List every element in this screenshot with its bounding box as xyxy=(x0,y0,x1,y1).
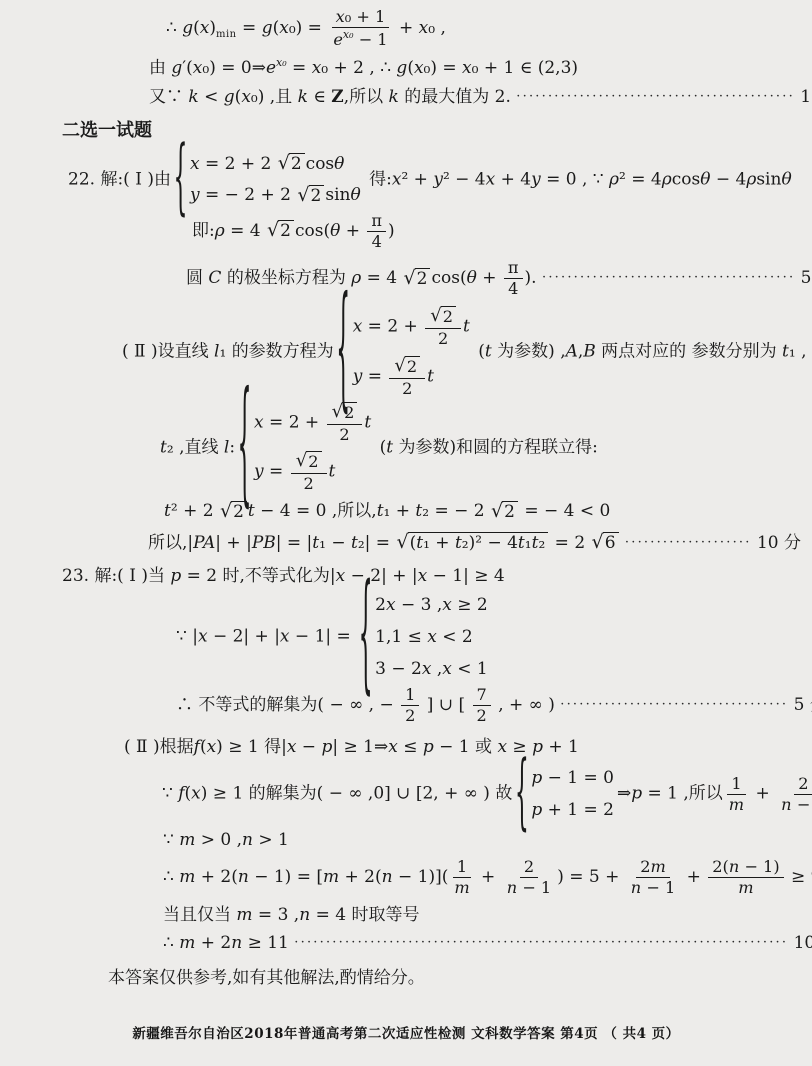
text-run: 1 xyxy=(457,857,467,876)
math-variable: m xyxy=(179,867,195,887)
text-run: − 1) = [ xyxy=(249,867,323,887)
text-run: 2 xyxy=(504,502,515,522)
q22-line-l-substitution: t₂ ,直线 l:{x = 2 + √22ty = √22t (t 为参数)和圆… xyxy=(160,402,812,494)
math-variable: n xyxy=(299,905,310,925)
text-run: ² − 4 xyxy=(443,169,486,189)
text-run: 5 分 xyxy=(795,268,812,288)
text-run: − 2| + | xyxy=(208,627,280,647)
math-variable: m xyxy=(454,878,469,897)
q22-part2-line-l1-parametric: ( Ⅱ )设直线 l₁ 的参数方程为{x = 2 + √22ty = √22t … xyxy=(122,306,812,398)
square-root: √(t₁ + t₂)² − 4t₁t₂ xyxy=(396,532,548,554)
math-variable: PA xyxy=(193,533,215,553)
text-run: + 2( xyxy=(339,867,382,887)
math-variable: x xyxy=(200,18,210,38)
fraction-numerator: √2 xyxy=(425,306,461,329)
fraction-numerator: 2(n − 1) xyxy=(708,858,783,878)
text-run: ( xyxy=(374,437,386,457)
math-variable: k xyxy=(389,87,399,107)
math-variable: ρ xyxy=(215,221,225,241)
math-variable: m xyxy=(650,857,665,876)
text-run: − 1| ≥ 4 xyxy=(427,566,504,586)
left-brace: { xyxy=(515,787,528,802)
math-variable: p xyxy=(631,784,642,804)
fraction: √22 xyxy=(389,356,425,398)
fraction-numerator: √2 xyxy=(291,451,327,474)
radicand: 2 xyxy=(278,220,294,242)
text-run: + 1 xyxy=(543,737,579,757)
text-run: + xyxy=(340,221,365,241)
note-reference-only: 本答案仅供参考,如有其他解法,酌情给分。 xyxy=(108,966,812,991)
fraction-denominator: 4 xyxy=(504,279,522,298)
q23-part2-fx: ( Ⅱ )根据f(x) ≥ 1 得|x − p| ≥ 1⇒x ≤ p − 1 或… xyxy=(124,735,812,760)
text-run: = 4 时取等号 xyxy=(310,905,419,925)
math-variable: x xyxy=(418,566,428,586)
math-variable: y xyxy=(433,169,443,189)
math-variable: x xyxy=(392,169,402,189)
fraction-denominator: n − 1 xyxy=(627,878,679,897)
text-run: 的极坐标方程为 xyxy=(221,268,351,288)
text-run: ₂ xyxy=(538,533,545,553)
text-run: ₁ − xyxy=(319,533,351,553)
text-run: = 2 + 2 xyxy=(200,154,277,174)
math-variable: x xyxy=(414,58,424,78)
text-run: − 4 xyxy=(710,169,746,189)
q23-part1-inequality: 23. 解:( Ⅰ )当 p = 2 时,不等式化为|x − 2| + |x −… xyxy=(62,564,812,589)
square-root: √2 xyxy=(278,153,305,175)
math-variable: ρ xyxy=(609,169,619,189)
text-run: 2 xyxy=(308,452,318,471)
text-run: ≥ 2 xyxy=(452,595,488,615)
radicand: (t₁ + t₂)² − 4t₁t₂ xyxy=(408,532,549,554)
text-run: − 1 xyxy=(792,795,812,814)
math-variable: t xyxy=(164,501,171,521)
left-brace: { xyxy=(174,172,187,187)
text-run: ₂ = − 2 xyxy=(422,501,490,521)
math-variable: n xyxy=(781,795,791,814)
text-run: ∵ xyxy=(162,784,178,804)
text-run: + 2( xyxy=(195,867,238,887)
math-variable: x xyxy=(386,595,396,615)
math-variable: t xyxy=(329,462,336,482)
dotted-leader: ········································… xyxy=(516,89,795,104)
math-variable: n xyxy=(231,933,242,953)
text-run: cos xyxy=(672,169,700,189)
text-run: − 1 或 xyxy=(434,737,498,757)
dotted-leader: ········································… xyxy=(294,935,788,950)
math-variable: t xyxy=(377,501,384,521)
math-variable: x xyxy=(287,737,297,757)
square-root: √2 xyxy=(296,451,322,472)
math-variable: p xyxy=(531,800,542,820)
brace-glyph: { xyxy=(515,766,529,822)
text-run: 2 xyxy=(640,857,650,876)
text-run: ₁ xyxy=(525,533,532,553)
math-variable: y xyxy=(353,366,363,386)
fraction-denominator: 4 xyxy=(368,232,386,251)
math-variable: n xyxy=(507,878,517,897)
math-variable: t xyxy=(364,412,371,432)
radicand: 2 xyxy=(289,153,305,175)
math-variable: k xyxy=(188,87,198,107)
text-run: = 2 + xyxy=(264,412,325,432)
math-variable: t xyxy=(518,533,525,553)
math-variable: x xyxy=(279,18,289,38)
text-run: ₀ + 1 ∈ (2,3) xyxy=(472,58,578,78)
text-run: 10 分 xyxy=(752,533,801,553)
fraction: π4 xyxy=(504,259,523,298)
fraction-numerator: π xyxy=(504,259,523,279)
math-variable: x xyxy=(254,412,264,432)
text-run: | + | xyxy=(215,533,252,553)
math-variable: e xyxy=(333,30,343,49)
q23-solution-set: ∴ 不等式的解集为( − ∞ , − 12 ] ∪ [ 72 , + ∞ ) ·… xyxy=(176,686,812,725)
dotted-leader: ···································· xyxy=(560,697,788,712)
cases-row: p + 1 = 2 xyxy=(531,798,614,823)
text-run: 2( xyxy=(712,857,729,876)
text-run: = 3 , xyxy=(253,905,300,925)
math-variable: m xyxy=(729,795,744,814)
fraction-numerator: 2 xyxy=(520,858,538,878)
document-content: ∴ g(x)min = g(x₀) = x₀ + 1ex₀ − 1 + x₀ ,… xyxy=(0,0,812,991)
text-run: ∴ xyxy=(166,18,182,38)
text-run: cos xyxy=(306,154,334,174)
text-run: = 1 ,所以 xyxy=(642,784,723,804)
text-run: 二选一试题 xyxy=(62,120,152,141)
radicand: 2 xyxy=(502,501,518,523)
text-run: sin xyxy=(325,185,350,205)
math-variable: m xyxy=(323,867,339,887)
math-variable: t xyxy=(427,366,434,386)
cases-row: 1,1 ≤ x < 2 xyxy=(375,625,473,650)
radicand: 2 xyxy=(306,451,321,472)
text-run: ∴ xyxy=(163,867,179,887)
text-run: 圆 xyxy=(186,268,208,288)
fraction-denominator: n − 1 xyxy=(777,795,812,814)
text-run: = 4 xyxy=(361,268,402,288)
text-run: , + ∞ ) xyxy=(493,695,560,715)
text-run: 的最大值为 2. xyxy=(399,87,516,107)
fraction: π4 xyxy=(367,212,386,251)
text-run: = xyxy=(264,462,289,482)
text-run: cos( xyxy=(431,268,466,288)
brace-glyph: { xyxy=(359,593,373,681)
text-run: 又∵ xyxy=(149,87,188,107)
text-run: ₀ , xyxy=(428,18,446,38)
text-run: ] ∪ [ xyxy=(421,695,470,715)
math-variable: x xyxy=(190,154,200,174)
text-run: | ≥ 1⇒ xyxy=(332,737,388,757)
cases-row: 2x − 3 ,x ≥ 2 xyxy=(375,593,488,618)
math-variable: x xyxy=(353,317,363,337)
fraction-denominator: m xyxy=(734,878,757,897)
q22-polar-simplified: 即:ρ = 4 √2cos(θ + π4) xyxy=(192,212,812,251)
left-brace: { xyxy=(238,440,251,455)
math-variable: θ xyxy=(781,169,791,189)
math-variable: p xyxy=(423,737,434,757)
math-variable: B xyxy=(583,342,596,362)
math-variable: θ xyxy=(700,169,710,189)
text-run: ₀) = xyxy=(289,18,328,38)
fraction-numerator: 1 xyxy=(401,686,419,706)
dotted-leader: ···················· xyxy=(625,535,752,550)
text-run: 2 xyxy=(311,186,322,206)
text-run: sin xyxy=(756,169,781,189)
q23-mn-conditions: ∵ m > 0 ,n > 1 xyxy=(163,828,812,853)
cases-row: x = 2 + √22t xyxy=(353,306,470,348)
text-run: ( xyxy=(193,18,200,38)
math-variable: g xyxy=(171,58,182,78)
text-run: 4 xyxy=(372,232,382,251)
fraction: 2n − 1 xyxy=(777,775,812,814)
text-run: ₁ 的参数方程为 xyxy=(219,342,333,362)
math-variable: n xyxy=(729,857,739,876)
text-run: − xyxy=(296,737,321,757)
text-run: ₀) = xyxy=(424,58,463,78)
math-variable: x xyxy=(198,627,208,647)
math-variable: x xyxy=(336,7,345,26)
math-variable: x xyxy=(442,595,452,615)
cases-rows: x = 2 + 2 √2cosθy = − 2 + 2 √2sinθ xyxy=(187,152,361,208)
fraction-denominator: 2 xyxy=(434,329,452,348)
math-variable: θ xyxy=(334,154,344,174)
fraction-denominator: 2 xyxy=(398,379,416,398)
text-run: = xyxy=(287,58,312,78)
text-run: + 2 xyxy=(195,933,231,953)
math-variable: θ xyxy=(467,268,477,288)
text-run: − 1| = xyxy=(290,627,357,647)
bold-symbol: Z xyxy=(331,87,343,107)
text-run: : xyxy=(229,437,235,457)
text-run: ( xyxy=(200,737,207,757)
fraction-denominator: 2 xyxy=(401,706,419,725)
text-run: ∵ xyxy=(163,830,179,850)
fraction-denominator: 2 xyxy=(473,706,491,725)
math-variable: t xyxy=(463,317,470,337)
math-variable: p xyxy=(532,737,543,757)
q22-polar-answer: 圆 C 的极坐标方程为 ρ = 4 √2cos(θ + π4). ·······… xyxy=(186,259,812,298)
text-run: | = | xyxy=(276,533,313,553)
cases-rows: x = 2 + √22ty = √22t xyxy=(251,402,371,494)
fraction: 1m xyxy=(450,858,473,897)
math-variable: x xyxy=(419,18,429,38)
fraction: 2(n − 1)m xyxy=(708,858,783,897)
math-variable: m xyxy=(179,830,195,850)
math-variable: n xyxy=(631,878,641,897)
text-run: 为参数)和圆的方程联立得: xyxy=(393,437,598,457)
square-root: √2 xyxy=(491,501,518,523)
math-variable: x xyxy=(422,659,432,679)
cases-group: {x = 2 + √22ty = √22t xyxy=(238,402,371,494)
left-brace: { xyxy=(359,630,372,645)
text-run: 5 分 xyxy=(788,695,812,715)
text-run: < 2 xyxy=(437,627,473,647)
fraction: 72 xyxy=(473,686,491,725)
text-run: > 1 xyxy=(253,830,289,850)
cases-rows: 2x − 3 ,x ≥ 21,1 ≤ x < 23 − 2x ,x < 1 xyxy=(372,593,488,681)
fraction: 2mn − 1 xyxy=(627,858,679,897)
text-run: 2 xyxy=(798,774,808,793)
text-run: − 4 = 0 ,所以, xyxy=(255,501,377,521)
math-variable: x xyxy=(191,784,201,804)
text-run: 2 xyxy=(303,474,313,493)
text-run: + xyxy=(394,18,419,38)
math-variable: k xyxy=(298,87,308,107)
text-run: 10 分 xyxy=(788,933,812,953)
math-variable: t xyxy=(351,533,358,553)
fraction-numerator: 1 xyxy=(453,858,471,878)
fraction: 1m xyxy=(725,775,748,814)
text-run: 4 xyxy=(508,279,518,298)
text-run: 22. 解:( Ⅰ )由 xyxy=(68,169,171,189)
fraction: √22 xyxy=(291,451,327,493)
brace-glyph: { xyxy=(173,152,187,208)
math-variable: x xyxy=(193,58,203,78)
fraction-denominator: m xyxy=(725,795,748,814)
text-run: = − 2 + 2 xyxy=(200,185,297,205)
cases-row: x = 2 + 2 √2cosθ xyxy=(190,152,344,177)
text-run: 为参数) , xyxy=(492,342,566,362)
text-run: 12 分 xyxy=(795,87,812,107)
fraction-numerator: 2 xyxy=(794,775,812,795)
math-variable: A xyxy=(566,342,578,362)
text-run: π xyxy=(508,258,519,277)
k-max-conclusion: 又∵ k < g(x₀) ,且 k ∈ Z,所以 k 的最大值为 2. ····… xyxy=(149,85,812,110)
radicand: 2 xyxy=(405,356,420,377)
text-run: 即: xyxy=(192,221,215,241)
text-run: 2 xyxy=(524,857,534,876)
square-root: √2 xyxy=(394,356,420,377)
text-run: ² + 2 xyxy=(171,501,219,521)
fraction-numerator: √2 xyxy=(389,356,425,379)
text-run: + 1 = 2 xyxy=(542,800,614,820)
g-derivative-line: 由 g′(x₀) = 0⇒ex₀ = x₀ + 2 , ∴ g(x₀) = x₀… xyxy=(149,55,812,81)
math-variable: n xyxy=(242,830,253,850)
text-run: ) ≥ 1 得| xyxy=(216,737,287,757)
text-run: ₁ , xyxy=(789,342,807,362)
text-run: 本答案仅供参考,如有其他解法,酌情给分。 xyxy=(108,968,425,988)
fraction-numerator: 7 xyxy=(473,686,491,706)
math-variable: p xyxy=(170,566,181,586)
text-run: ∈ xyxy=(308,87,331,107)
text-run: − 1 xyxy=(517,878,551,897)
text-run: ) ≥ 1 的解集为( − ∞ ,0] ∪ [2, + ∞ ) 故 xyxy=(201,784,513,804)
cases-row: p − 1 = 0 xyxy=(531,766,614,791)
math-variable: ρ xyxy=(746,169,756,189)
text-run: 6 xyxy=(605,533,616,553)
text-run: 2 xyxy=(443,307,453,326)
fraction: x₀ + 1ex₀ − 1 xyxy=(329,8,391,49)
text-run: 1,1 ≤ xyxy=(375,627,427,647)
text-run: ₀) = 0⇒ xyxy=(202,58,266,78)
square-root: √2 xyxy=(430,306,456,327)
math-variable: t xyxy=(485,342,492,362)
text-run: = 2 xyxy=(549,533,590,553)
text-run: 23. 解:( Ⅰ )当 xyxy=(62,566,170,586)
dotted-leader: ········································ xyxy=(542,270,795,285)
cases-group: {x = 2 + √22ty = √22t xyxy=(337,306,470,398)
text-run: = xyxy=(237,18,262,38)
q23-p-solve: ∵ f(x) ≥ 1 的解集为( − ∞ ,0] ∪ [2, + ∞ ) 故{p… xyxy=(162,766,812,822)
math-variable: m xyxy=(236,905,252,925)
text-run: 得: xyxy=(364,169,392,189)
math-variable: t xyxy=(455,533,462,553)
text-run: − 1 = 0 xyxy=(542,768,614,788)
subscript: min xyxy=(216,29,237,40)
text-run: 3 − 2 xyxy=(375,659,422,679)
text-run: 7 xyxy=(477,685,487,704)
text-run: 2 xyxy=(402,379,412,398)
math-variable: x xyxy=(497,737,507,757)
text-run: ) = 5 + xyxy=(557,867,625,887)
superscript: x₀ xyxy=(276,56,287,69)
math-variable: g xyxy=(262,18,273,38)
cases-rows: x = 2 + √22ty = √22t xyxy=(350,306,470,398)
math-variable: C xyxy=(208,268,221,288)
text-run: − 1 xyxy=(354,30,388,49)
cases-rows: p − 1 = 0p + 1 = 2 xyxy=(528,766,614,822)
page-footer: 新疆维吾尔自治区2018年普通高考第二次适应性检测 文科数学答案 第4页 （ 共… xyxy=(0,1022,812,1042)
text-run: − 2| + | xyxy=(345,566,417,586)
text-run: ₁ + xyxy=(384,501,416,521)
q23-final-answer: ∴ m + 2n ≥ 11 ··························… xyxy=(163,931,812,956)
text-run: 2 xyxy=(405,706,415,725)
fraction-numerator: 2m xyxy=(636,858,670,878)
math-variable: m xyxy=(738,878,753,897)
square-root: √2 xyxy=(267,220,294,242)
math-variable: θ xyxy=(350,185,360,205)
text-run: 2 xyxy=(407,357,417,376)
square-root: √2 xyxy=(404,268,431,290)
text-run: 2 xyxy=(438,329,448,348)
text-run: = xyxy=(362,366,387,386)
document-page: ∴ g(x)min = g(x₀) = x₀ + 1ex₀ − 1 + x₀ ,… xyxy=(0,0,812,1066)
text-run: 当且仅当 xyxy=(163,905,236,925)
math-variable: t xyxy=(782,342,789,362)
q22-part1-parametric-to-cartesian: 22. 解:( Ⅰ )由{x = 2 + 2 √2cosθy = − 2 + 2… xyxy=(68,152,812,208)
text-run: ∴ xyxy=(163,933,179,953)
math-variable: g xyxy=(396,58,407,78)
cases-group: {x = 2 + 2 √2cosθy = − 2 + 2 √2sinθ xyxy=(174,152,361,208)
math-variable: PB xyxy=(252,533,276,553)
math-variable: y xyxy=(190,185,200,205)
math-variable: t xyxy=(160,437,167,457)
text-run: + xyxy=(477,268,502,288)
g-min-formula: ∴ g(x)min = g(x₀) = x₀ + 1ex₀ − 1 + x₀ , xyxy=(166,8,812,49)
text-run: 2 xyxy=(291,154,302,174)
fraction: 2n − 1 xyxy=(503,858,555,897)
text-run: ). xyxy=(525,268,542,288)
text-run: ₁ + xyxy=(423,533,455,553)
text-run: ² + xyxy=(401,169,433,189)
cases-group: {p − 1 = 0p + 1 = 2 xyxy=(515,766,614,822)
math-variable: x xyxy=(312,58,322,78)
text-run: ₀) ,且 xyxy=(251,87,298,107)
text-run: ² = 4 xyxy=(619,169,662,189)
q23-equality-condition: 当且仅当 m = 3 ,n = 4 时取等号 xyxy=(163,903,812,928)
text-run: , xyxy=(431,659,442,679)
text-run: 1 xyxy=(731,774,741,793)
math-variable: p xyxy=(321,737,332,757)
math-variable: y xyxy=(531,169,541,189)
math-variable: x xyxy=(388,737,398,757)
math-variable: x xyxy=(241,87,251,107)
text-run: ≥ 11 xyxy=(242,933,294,953)
text-run: − 1) xyxy=(739,857,779,876)
q23-piecewise: ∵ |x − 2| + |x − 1| = {2x − 3 ,x ≥ 21,1 … xyxy=(176,593,812,681)
text-run: ( Ⅱ )设直线 xyxy=(122,342,214,362)
math-variable: y xyxy=(254,462,264,482)
math-variable: n xyxy=(382,867,393,887)
